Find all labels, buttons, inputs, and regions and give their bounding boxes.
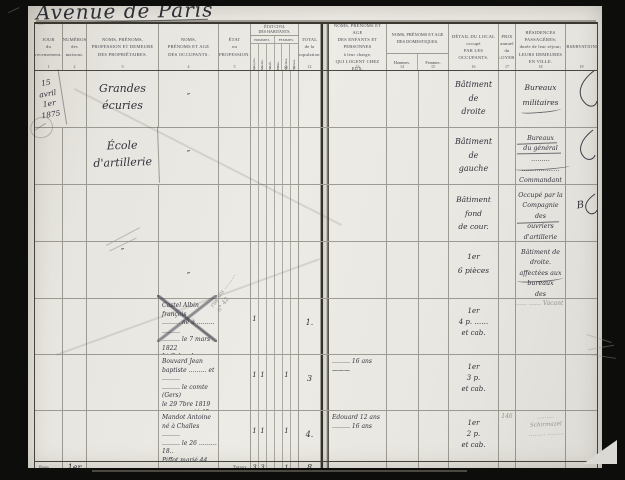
column-number: 7 [259, 66, 266, 70]
cell-proprietaires: Grandes écuries [87, 71, 159, 127]
cell-domestiques-femmes [419, 355, 449, 410]
cell-detail-local: 1er 4 p. …… et cab. [449, 299, 499, 354]
etat-civil-tally [267, 128, 275, 184]
cell-detail-local: Bâtiment de droite [449, 71, 499, 127]
etat-civil-tally [267, 71, 275, 127]
etat-civil-tally [291, 185, 299, 241]
etat-civil-tally [275, 355, 283, 410]
cell-occupants: Bouvard Jean baptiste ……… et ……… ……… le … [159, 355, 219, 410]
cell-domestiques-hommes [387, 242, 419, 298]
header-residences: RÉSIDENCES PASSAGÈRES; durée de leur séj… [516, 24, 566, 70]
cell-domestiques-hommes [387, 185, 419, 241]
etat-civil-tally: 1 [259, 355, 267, 410]
cell-residences [516, 299, 566, 354]
cell-total [299, 242, 321, 298]
etat-civil-group-label: FEMMES. [275, 36, 298, 43]
header-enfants: NOMS, PRÉNOMS ET AGE DES ENFANTS ET PERS… [329, 24, 387, 70]
cell-etat-civil [251, 128, 299, 184]
page-label: Page. [35, 462, 63, 468]
column-number: 16 [449, 64, 498, 69]
etat-civil-subcolumn: Mariées.10 [282, 44, 290, 70]
column-number: 11 [290, 66, 298, 70]
cell-prix-loyer: 146 [499, 411, 516, 461]
cell-detail-local: 1er 2 p. et cab. [449, 411, 499, 461]
domestiques-subcolumns: Hommes.14 Femmes.15 [387, 54, 448, 70]
header-residences-label: RÉSIDENCES PASSAGÈRES; durée de leur séj… [517, 29, 564, 65]
cell-jour [35, 355, 63, 410]
etat-civil-tally [251, 128, 259, 184]
table-row: 15 avril 1er 1875 Grandes écuries ″ Bâti… [35, 71, 597, 128]
book-gutter [321, 355, 329, 410]
cell-enfants [329, 185, 387, 241]
column-number: 15 [418, 64, 448, 69]
etat-civil-tally [267, 411, 275, 461]
table-row: Castel Albin françois ……… né à ……… ……… …… [35, 299, 597, 355]
ink-flourish [577, 192, 599, 218]
cell-detail-local: 1er 6 pièces [449, 242, 499, 298]
etat-civil-tally [267, 242, 275, 298]
cell-domestiques-femmes [419, 411, 449, 461]
footer-spacer [387, 462, 419, 468]
cell-jour [35, 299, 63, 354]
cell-enfants: ……… 16 ans ——— [329, 355, 387, 410]
etat-civil-subcolumn: Veuves.11 [290, 44, 298, 70]
footer-spacer [87, 462, 159, 468]
table-header-row: JOUR du recensement. 1 NUMÉROS des maiso… [35, 24, 597, 71]
header-occupants: NOMS, PRÉNOMS ET AGE DES OCCUPANTS. 4 [159, 24, 219, 70]
book-gutter [321, 24, 329, 70]
etat-civil-tally [291, 411, 299, 461]
header-numero: NUMÉROS des maisons. 2 [63, 24, 87, 70]
column-number: 5 [219, 64, 250, 69]
scan-edge-sliver [92, 470, 467, 472]
header-observations: OBSERVATIONS. 19 [566, 24, 597, 70]
cell-etat-civil: 111 [251, 411, 299, 461]
etat-civil-tally [259, 128, 267, 184]
cell-etat-profession [219, 71, 251, 127]
etat-civil-tally [291, 299, 299, 354]
header-etat-civil: ÉTAT CIVIL DES HABITANTS. HOMMES. FEMMES… [251, 24, 299, 70]
cell-observations [566, 299, 597, 354]
cell-etat-civil [251, 185, 299, 241]
etat-civil-tally [283, 185, 291, 241]
column-number: 17 [499, 64, 515, 69]
etat-civil-tally [275, 185, 283, 241]
column-number: 18 [516, 64, 565, 69]
header-detail-local: DÉTAIL DU LOCAL occupé PAR LES OCCUPANTS… [449, 24, 499, 70]
cell-etat-profession [219, 411, 251, 461]
etat-civil-tally [291, 71, 299, 127]
book-gutter [321, 462, 329, 468]
header-prix-label: PRIX annuel du LOYER. [499, 33, 516, 61]
page-corner-fold [583, 440, 617, 464]
etat-civil-tally [275, 299, 283, 354]
etat-civil-tally: 1 [251, 411, 259, 461]
header-domestiques: NOMS, PRÉNOMS ET AGE DES DOMESTIQUES. Ho… [387, 24, 449, 70]
cell-enfants: Edouard 12 ans ……… 16 ans [329, 411, 387, 461]
table-footer-row: Page. 1er Totaux. 331 8 [35, 462, 597, 468]
etat-civil-tally [267, 355, 275, 410]
etat-civil-total: 3 [251, 462, 259, 468]
cell-prix-loyer [499, 355, 516, 410]
etat-civil-tally [283, 128, 291, 184]
etat-civil-groups: HOMMES. FEMMES. [251, 36, 298, 44]
pencil-price-note: 146 [499, 411, 515, 420]
cell-observations [566, 355, 597, 410]
cell-numero [63, 355, 87, 410]
etat-civil-subcolumns: Garçons.6 Mariés.7 Veufs.8 Filles.9 Mari… [251, 44, 298, 70]
etat-civil-tally [275, 128, 283, 184]
etat-civil-tally: 1 [251, 355, 259, 410]
cell-domestiques-hommes [387, 71, 419, 127]
etat-civil-tally: 1 [283, 355, 291, 410]
etat-civil-total [291, 462, 299, 468]
etat-civil-tally [275, 411, 283, 461]
footer-spacer [516, 462, 566, 468]
cell-observations [566, 242, 597, 298]
etat-civil-tally [267, 185, 275, 241]
population-grand-total: 8 [299, 462, 321, 468]
cell-etat-civil: 111 [251, 355, 299, 410]
header-total: TOTAL de la population. 12 [299, 24, 321, 70]
footer-etat-civil-totals: 331 [251, 462, 299, 468]
header-occupants-label: NOMS, PRÉNOMS ET AGE DES OCCUPANTS. [168, 36, 210, 57]
cell-jour: 15 avril 1er 1875 [31, 69, 67, 129]
table-row: ″ ″ 1er 6 pièces Bâtiment de droite. aff… [35, 242, 597, 299]
etat-civil-total: 3 [259, 462, 267, 468]
header-numero-label: NUMÉROS des maisons. [63, 36, 86, 57]
cell-detail-local: Bâtiment fond de cour. [449, 185, 499, 241]
etat-civil-tally [259, 185, 267, 241]
footer-spacer [329, 462, 387, 468]
cell-detail-local: 1er 3 p. et cab. [449, 355, 499, 410]
cell-total: 3 [299, 355, 321, 410]
header-proprietaires: NOMS, PRÉNOMS, PROFESSION ET DEMEURE DES… [87, 24, 159, 70]
etat-civil-tally [291, 355, 299, 410]
cell-enfants [329, 242, 387, 298]
footer-spacer [159, 462, 219, 468]
pencil-residence-note: ……… Schirmazel ……… ……… [521, 412, 570, 440]
etat-civil-subcolumn: Mariés.7 [259, 44, 267, 70]
etat-civil-tally [251, 185, 259, 241]
etat-civil-tally: 1 [251, 299, 259, 354]
cell-occupants [159, 185, 219, 241]
totaux-label: Totaux. [219, 462, 251, 468]
etat-civil-tally [283, 299, 291, 354]
etat-civil-total: 1 [283, 462, 291, 468]
footer-spacer [419, 462, 449, 468]
pencil-vacant-note: …… …… Vacant [515, 300, 595, 307]
cell-jour [35, 242, 63, 298]
column-number: 2 [63, 64, 86, 69]
footer-spacer [449, 462, 499, 468]
cell-occupants: ″ [159, 71, 219, 127]
header-jour: JOUR du recensement. 1 [35, 24, 63, 70]
cell-jour [35, 411, 63, 461]
book-gutter [321, 299, 329, 354]
etat-civil-title: ÉTAT CIVIL DES HABITANTS. [251, 24, 298, 36]
paper-sheet: Avenue de Paris JOUR du recensement. 1 N… [28, 6, 602, 468]
column-number: 10 [282, 66, 289, 70]
etat-civil-tally [259, 299, 267, 354]
cell-etat-profession [219, 355, 251, 410]
scanned-register-page: Avenue de Paris JOUR du recensement. 1 N… [0, 0, 625, 480]
cell-total [299, 185, 321, 241]
pencil-tick [5, 0, 20, 13]
header-prix-loyer: PRIX annuel du LOYER. 17 [499, 24, 516, 70]
etat-civil-tally [259, 242, 267, 298]
cell-proprietaires [87, 411, 159, 461]
cell-enfants [329, 299, 387, 354]
header-etat-profession: ÉTAT ou PROFESSION. 5 [219, 24, 251, 70]
cell-domestiques-femmes [419, 71, 449, 127]
header-proprietaires-label: NOMS, PRÉNOMS, PROFESSION ET DEMEURE DES… [92, 36, 154, 57]
column-number: 13 [329, 64, 386, 69]
cell-prix-loyer [499, 299, 516, 354]
etat-civil-total [267, 462, 275, 468]
cell-numero [63, 411, 87, 461]
etat-civil-subcolumn: Veufs.8 [267, 44, 275, 70]
cell-jour [35, 185, 63, 241]
table-row: École d'artillerie ″ Bâtiment de gauche … [35, 128, 597, 185]
header-detail-label: DÉTAIL DU LOCAL occupé PAR LES OCCUPANTS… [450, 33, 497, 61]
cell-total [299, 128, 321, 184]
book-gutter [321, 411, 329, 461]
cell-residences: Bureaux du général ……… ……………… Commandant… [516, 128, 566, 184]
column-number: 3 [87, 64, 158, 69]
etat-civil-tally [267, 299, 275, 354]
column-number: 14 [387, 64, 417, 69]
cell-occupants: ″ [159, 128, 219, 184]
etat-civil-subcolumn: Filles.9 [275, 44, 283, 70]
cell-enfants [329, 128, 387, 184]
cell-etat-civil [251, 71, 299, 127]
cell-residences [516, 355, 566, 410]
column-number: 6 [251, 66, 258, 70]
header-total-label: TOTAL de la population. [299, 36, 321, 57]
cell-etat-profession [219, 128, 251, 184]
column-number: 4 [159, 64, 218, 69]
column-number: 9 [275, 66, 282, 70]
ink-flourish [571, 128, 597, 166]
cell-detail-local: Bâtiment de gauche [449, 128, 499, 184]
column-number: 12 [299, 64, 320, 69]
cell-domestiques-femmes [419, 242, 449, 298]
column-number: 8 [267, 66, 274, 70]
cell-residences: Bureaux militaires [516, 71, 566, 127]
cell-total [299, 71, 321, 127]
table-row: Bâtiment fond de cour. Occupé par la Com… [35, 185, 597, 242]
cell-prix-loyer [499, 128, 516, 184]
etat-civil-tally [275, 242, 283, 298]
cell-occupants: Mandot Antoine né à Challes ……… ……… le 2… [159, 411, 219, 461]
cell-numero [63, 128, 87, 184]
domestiques-title: NOMS, PRÉNOMS ET AGE DES DOMESTIQUES. [387, 24, 448, 54]
etat-civil-tally [275, 71, 283, 127]
etat-civil-tally [259, 71, 267, 127]
cell-domestiques-femmes [419, 185, 449, 241]
cell-etat-civil [251, 242, 299, 298]
cell-domestiques-hommes [387, 128, 419, 184]
etat-civil-tally [291, 242, 299, 298]
cell-etat-profession [219, 185, 251, 241]
ink-cross-out [157, 295, 217, 342]
etat-civil-tally [251, 71, 259, 127]
footer-spacer [499, 462, 516, 468]
header-etat-label: ÉTAT ou PROFESSION. [219, 36, 250, 57]
cell-domestiques-femmes [419, 128, 449, 184]
etat-civil-tally: 1 [283, 411, 291, 461]
cell-occupants: ″ [159, 242, 219, 298]
header-jour-label: JOUR du recensement. [35, 36, 62, 57]
etat-civil-tally [291, 128, 299, 184]
cell-residences: Occupé par la Compagnie des ouvriers d'a… [516, 185, 566, 241]
etat-civil-tally [251, 242, 259, 298]
etat-civil-tally [283, 71, 291, 127]
cell-numero [63, 185, 87, 241]
cell-total: 4. [299, 411, 321, 461]
book-gutter [321, 185, 329, 241]
cell-prix-loyer [499, 185, 516, 241]
table-row: Bouvard Jean baptiste ……… et ……… ……… le … [35, 355, 597, 411]
cell-proprietaires [87, 185, 159, 241]
cell-prix-loyer [499, 71, 516, 127]
cell-total: 1. [299, 299, 321, 354]
header-observations-label: OBSERVATIONS. [566, 43, 597, 50]
etat-civil-subcolumn: Garçons.6 [251, 44, 259, 70]
book-gutter [321, 71, 329, 127]
cell-proprietaires: ″ [87, 242, 159, 298]
cell-residences: Bâtiment de droite. affectées aux bureau… [516, 242, 566, 298]
book-gutter [321, 242, 329, 298]
ink-flourish [569, 68, 599, 114]
cell-proprietaires [87, 299, 159, 354]
domestiques-femmes: Femmes.15 [418, 54, 448, 70]
etat-civil-tally [283, 242, 291, 298]
cell-prix-loyer [499, 242, 516, 298]
cell-domestiques-hommes [387, 299, 419, 354]
cell-proprietaires [87, 355, 159, 410]
etat-civil-total [275, 462, 283, 468]
cell-enfants [329, 71, 387, 127]
etat-civil-group-label: HOMMES. [251, 36, 275, 43]
etat-civil-tally: 1 [259, 411, 267, 461]
cell-numero [63, 71, 87, 127]
page-number: 1er [63, 462, 87, 468]
cell-domestiques-hommes [387, 411, 419, 461]
cell-etat-civil: 1 [251, 299, 299, 354]
domestiques-hommes: Hommes.14 [387, 54, 418, 70]
cell-domestiques-hommes [387, 355, 419, 410]
cell-jour [35, 128, 63, 184]
cell-proprietaires: École d'artillerie [86, 127, 160, 185]
book-gutter [321, 128, 329, 184]
cell-domestiques-femmes [419, 299, 449, 354]
cell-numero [63, 242, 87, 298]
cell-numero [63, 299, 87, 354]
table-row: Mandot Antoine né à Challes ……… ……… le 2… [35, 411, 597, 462]
